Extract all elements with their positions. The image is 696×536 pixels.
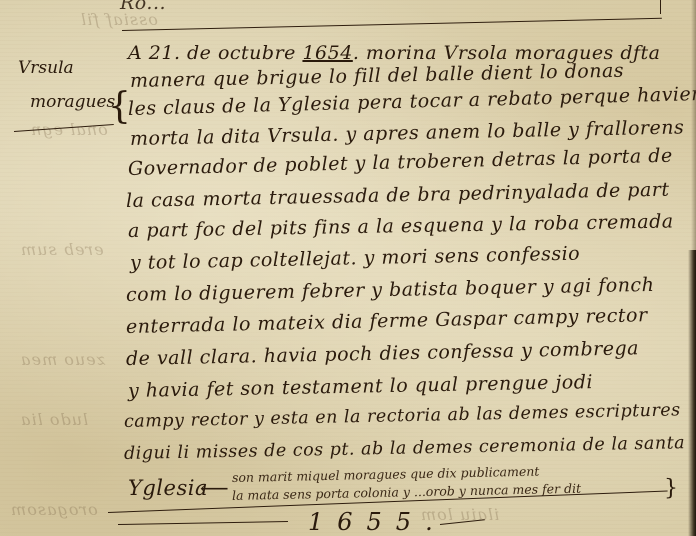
entry-year: 1654 bbox=[302, 42, 352, 64]
next-year-heading: 1655. bbox=[308, 508, 447, 536]
entry-line-5: Governador de poblet y la troberen detra… bbox=[128, 145, 673, 180]
binding-edge bbox=[688, 250, 696, 536]
margin-name-first: Vrsula bbox=[18, 58, 74, 78]
margin-name-surname: moragues bbox=[30, 92, 115, 112]
bleed-through-text: ereb sum bbox=[20, 240, 104, 259]
entry-line-9: com lo diguerem febrer y batista boquer … bbox=[126, 274, 655, 306]
bleed-through-text: zeuo mea bbox=[20, 350, 105, 369]
footnote-brace-icon: } bbox=[664, 476, 678, 501]
manuscript-page: ossiaf fil onal egn ereb sum zeuo mea lu… bbox=[0, 0, 696, 536]
entry-line-14: digui li misses de cos pt. ab la demes c… bbox=[124, 433, 685, 464]
entry-line-7: a part foc del pits fins a la esquena y … bbox=[128, 210, 674, 242]
entry-line-13: campy rector y esta en la rectoria ab la… bbox=[124, 400, 681, 432]
year-flourish-left bbox=[118, 521, 288, 525]
entry-line-15: Yglesia bbox=[128, 476, 208, 500]
pointer-arrow-icon: ⟵ bbox=[200, 476, 229, 500]
separator-hook bbox=[660, 0, 661, 14]
bleed-through-text: orogasom bbox=[10, 500, 98, 519]
entry-line-1-start: A 21. de octubre bbox=[128, 42, 302, 64]
bleed-through-text: ludo lia bbox=[20, 410, 88, 429]
entry-line-8: y tot lo cap coltellejat. y mori sens co… bbox=[130, 243, 581, 274]
entry-line-4: morta la dita Vrsula. y apres anem lo ba… bbox=[130, 116, 685, 150]
entry-line-12: y havia fet son testament lo qual prengu… bbox=[128, 371, 593, 402]
entry-line-11: de vall clara. havia poch dies confessa … bbox=[126, 337, 639, 370]
entry-line-10: enterrada lo mateix dia ferme Gaspar cam… bbox=[126, 304, 648, 338]
entry-line-6: la casa morta trauessada de bra pedrinya… bbox=[126, 179, 670, 212]
entry-separator-rule bbox=[122, 18, 662, 31]
previous-entry-fragment: Ro... bbox=[120, 0, 166, 14]
